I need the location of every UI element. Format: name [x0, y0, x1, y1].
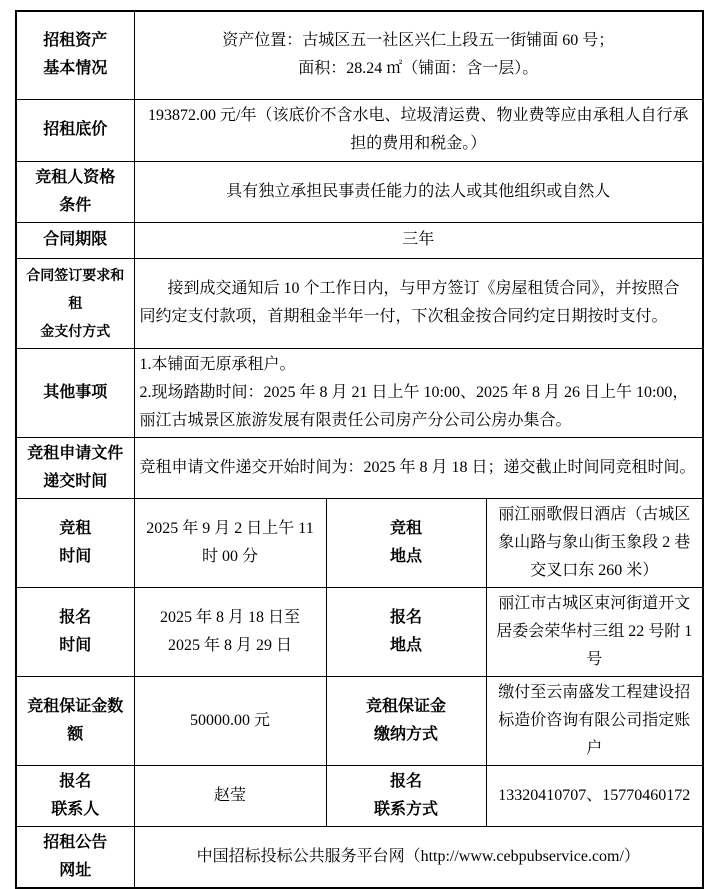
label-deposit-amount: 竞租保证金数额 [16, 676, 134, 765]
label-bid-time: 竞租 时间 [16, 498, 134, 587]
content-base-price: 193872.00 元/年（该底价不含水电、垃圾清运费、物业费等应由承租人自行承… [134, 99, 703, 161]
row-asset-info: 招租资产 基本情况 资产位置：古城区五一社区兴仁上段五一街铺面 60 号； 面积… [16, 11, 703, 99]
label-file-submission-time: 竞租申请文件 递交时间 [16, 437, 134, 498]
content-bid-place: 丽江丽歌假日酒店（古城区 象山路与象山街玉象段 2 巷 交叉口东 260 米） [486, 498, 703, 587]
row-file-submission-time: 竞租申请文件 递交时间 竞租申请文件递交开始时间为：2025 年 8 月 18 … [16, 437, 703, 498]
label-deposit-payment-method: 竞租保证金 缴纳方式 [326, 676, 486, 765]
label-other-matters: 其他事项 [16, 348, 134, 437]
content-contact-person: 赵莹 [134, 765, 326, 826]
label-registration-place: 报名 地点 [326, 587, 486, 676]
content-other-matters: 1.本铺面无原承租户。 2.现场踏勘时间：2025 年 8 月 21 日上午 1… [134, 348, 703, 437]
content-contact-phone: 13320410707、15770460172 [486, 765, 703, 826]
content-contract-term: 三年 [134, 222, 703, 258]
row-bid-time-place: 竞租 时间 2025 年 9 月 2 日上午 11 时 00 分 竞租 地点 丽… [16, 498, 703, 587]
label-contract-term: 合同期限 [16, 222, 134, 258]
label-base-price: 招租底价 [16, 99, 134, 161]
row-registration-time-place: 报名 时间 2025 年 8 月 18 日至 2025 年 8 月 29 日 报… [16, 587, 703, 676]
content-contract-signing: 接到成交通知后 10 个工作日内，与甲方签订《房屋租赁合同》，并按照合 同约定支… [134, 258, 703, 348]
label-registration-time: 报名 时间 [16, 587, 134, 676]
row-other-matters: 其他事项 1.本铺面无原承租户。 2.现场踏勘时间：2025 年 8 月 21 … [16, 348, 703, 437]
content-deposit-payment-method: 缴付至云南盛发工程建设招 标造价咨询有限公司指定账 户 [486, 676, 703, 765]
row-deposit: 竞租保证金数额 50000.00 元 竞租保证金 缴纳方式 缴付至云南盛发工程建… [16, 676, 703, 765]
row-bidder-qualification: 竞租人资格 条件 具有独立承担民事责任能力的法人或其他组织或自然人 [16, 161, 703, 222]
row-contract-term: 合同期限 三年 [16, 222, 703, 258]
content-file-submission-time: 竞租申请文件递交开始时间为：2025 年 8 月 18 日；递交截止时间同竞租时… [134, 437, 703, 498]
document-page: 招租资产 基本情况 资产位置：古城区五一社区兴仁上段五一街铺面 60 号； 面积… [0, 0, 715, 867]
row-announcement-website: 招租公告 网址 中国招标投标公共服务平台网（http://www.cebpubs… [16, 826, 703, 888]
content-announcement-website: 中国招标投标公共服务平台网（http://www.cebpubservice.c… [134, 826, 703, 888]
label-bidder-qualification: 竞租人资格 条件 [16, 161, 134, 222]
label-contact-person: 报名 联系人 [16, 765, 134, 826]
label-bid-place: 竞租 地点 [326, 498, 486, 587]
row-contact: 报名 联系人 赵莹 报名 联系方式 13320410707、1577046017… [16, 765, 703, 826]
content-deposit-amount: 50000.00 元 [134, 676, 326, 765]
label-contact-phone: 报名 联系方式 [326, 765, 486, 826]
content-bid-time: 2025 年 9 月 2 日上午 11 时 00 分 [134, 498, 326, 587]
label-announcement-website: 招租公告 网址 [16, 826, 134, 888]
label-contract-signing: 合同签订要求和租 金支付方式 [16, 258, 134, 348]
label-asset-info: 招租资产 基本情况 [16, 11, 134, 99]
content-bidder-qualification: 具有独立承担民事责任能力的法人或其他组织或自然人 [134, 161, 703, 222]
content-asset-info: 资产位置：古城区五一社区兴仁上段五一街铺面 60 号； 面积：28.24 ㎡（铺… [134, 11, 703, 99]
content-registration-time: 2025 年 8 月 18 日至 2025 年 8 月 29 日 [134, 587, 326, 676]
row-contract-signing: 合同签订要求和租 金支付方式 接到成交通知后 10 个工作日内，与甲方签订《房屋… [16, 258, 703, 348]
rental-info-table: 招租资产 基本情况 资产位置：古城区五一社区兴仁上段五一街铺面 60 号； 面积… [15, 10, 704, 889]
row-base-price: 招租底价 193872.00 元/年（该底价不含水电、垃圾清运费、物业费等应由承… [16, 99, 703, 161]
content-registration-place: 丽江市古城区束河街道开文 居委会荣华村三组 22 号附 1 号 [486, 587, 703, 676]
